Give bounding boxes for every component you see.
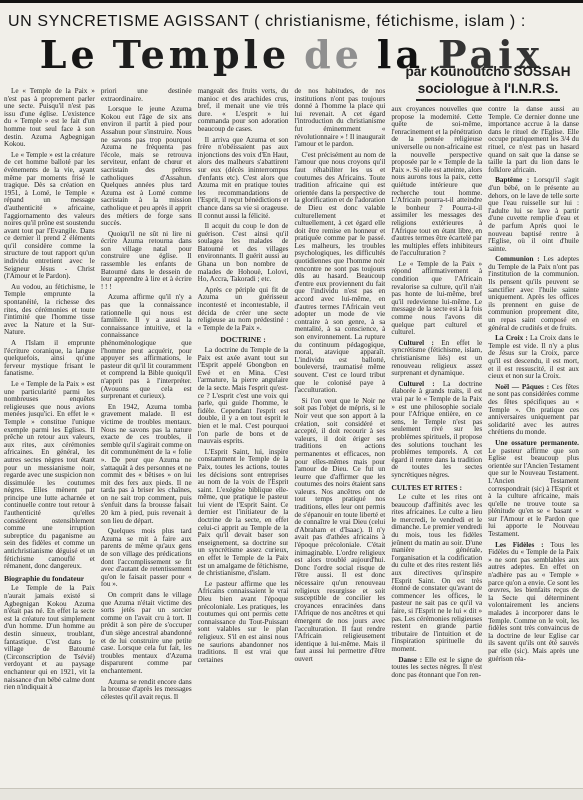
paragraph: aux croyances nouvelles que propose la m… (391, 106, 482, 258)
text-column-4: de nos habitudes, de nos institutions n'… (294, 88, 385, 787)
paragraph: Le « Temple de la Paix » n'est pas à pro… (4, 88, 95, 149)
paragraph: Il acquit du coup le don de guérison. C'… (198, 223, 289, 284)
paragraph-lead: Une ossature permanente. (495, 439, 579, 447)
paragraph: mangeait des fruits verts, du manioc et … (198, 88, 289, 134)
paragraph: L'Esprit Saint, lui, inspire constamment… (198, 449, 289, 578)
paragraph-lead: Danse : (398, 656, 424, 664)
byline-author: par Kounoutcho SOSSAH (399, 63, 577, 80)
paragraph-lead: La Croix : (495, 334, 530, 342)
paragraph: Azuma affirme qu'il n'y a pas que la con… (101, 294, 192, 400)
text-column-3: mangeait des fruits verts, du manioc et … (198, 88, 289, 787)
paragraph-lead: Culturel : (398, 339, 441, 347)
paragraph: Le pasteur affirme que les Africains con… (198, 581, 289, 665)
text-column-1: Le « Temple de la Paix » n'est pas à pro… (4, 88, 95, 787)
paragraph: C'est précisément au nom de l'amour que … (294, 152, 385, 395)
page-top-rule (0, 0, 583, 3)
paragraph: Quelques mois plus tard Azuma se mit à f… (101, 528, 192, 589)
page-bottom-edge (0, 788, 583, 800)
section-heading: CULTES ET RITES : (391, 484, 482, 492)
section-heading: Biographie du fondateur (4, 575, 95, 583)
paragraph: de nos habitudes, de nos institutions n'… (294, 88, 385, 149)
paragraph: Si l'on veut que le Noir ne soit pas l'o… (294, 398, 385, 664)
paragraph: La Croix : La Croix dans le Temple est v… (488, 335, 579, 381)
paragraph: Au vodou, au fétichisme, le Temple empru… (4, 284, 95, 337)
paragraph: Il arriva que Azuma et son frère n'obéis… (198, 137, 289, 221)
paragraph: Le « Temple de la Paix » est une particu… (4, 381, 95, 571)
paragraph: Culturel : En effet le syncrétisme (féti… (391, 340, 482, 378)
text-column-6: contre la danse aussi au Temple. Ce dern… (488, 88, 579, 787)
paragraph: contre la danse aussi au Temple. Ce dern… (488, 106, 579, 174)
paragraph: Une ossature permanente. Le pasteur affi… (488, 440, 579, 539)
paragraph: Communion : Les adeptes du Temple de la … (488, 256, 579, 332)
paragraph: Baptême : Lorsqu'il s'agit d'un bébé, on… (488, 177, 579, 253)
paragraph-lead: Communion : (495, 255, 543, 263)
paragraph-lead: Noël — Pâques : (495, 383, 552, 391)
title-word: Le (40, 32, 99, 77)
paragraph: La doctrine du Temple de la Paix est axé… (198, 347, 289, 446)
text-column-2: priori une destinée extraordinaire.Lorsq… (101, 88, 192, 787)
paragraph: Le culte et les rites ont beaucoup d'aff… (391, 494, 482, 653)
paragraph: Danse : Elle est le signe de toutes les … (391, 657, 482, 680)
paragraph: Les Fidèles : Tous les Fidèles du « Temp… (488, 542, 579, 664)
paragraph: Culturel : La doctrine élaborée à grands… (391, 381, 482, 480)
paragraph: Le « Temple » est la créature de cet hom… (4, 152, 95, 281)
title-word: Temple (113, 32, 290, 77)
paragraph: Quoiqu'il ne sût ni lire ni écrire Azuma… (101, 231, 192, 292)
paragraph: Azuma se rendit encore dans la brousse d… (101, 679, 192, 702)
paragraph-lead: Baptême : (495, 176, 534, 184)
article-kicker: UN SYNCRETISME AGISSANT ( christianisme,… (8, 13, 526, 31)
article-columns: Le « Temple de la Paix » n'est pas à pro… (4, 88, 579, 787)
paragraph-lead: Culturel : (398, 380, 443, 388)
paragraph: Après ce périple qui fit de Azuma un gué… (198, 287, 289, 333)
section-heading: DOCTRINE : (198, 336, 289, 344)
paragraph: Lorsque le jeune Azuma Kokou eut l'âge d… (101, 106, 192, 228)
paragraph: A l'Islam il emprunte l'écriture coraniq… (4, 340, 95, 378)
text-column-5: aux croyances nouvelles que propose la m… (391, 88, 482, 787)
paragraph: priori une destinée extraordinaire. (101, 88, 192, 103)
paragraph: On comprit dans le village que Azuma n'é… (101, 592, 192, 676)
paragraph-lead: Les Fidèles : (495, 541, 550, 549)
paragraph: Le « Temple de la Paix » répond affirmat… (391, 261, 482, 337)
paragraph: Noël — Pâques : Ces fêtes ne sont pas co… (488, 384, 579, 437)
title-word: de (304, 32, 363, 77)
paragraph: En 1942, Azuma tomba gravement malade. I… (101, 404, 192, 526)
scanned-article-page: UN SYNCRETISME AGISSANT ( christianisme,… (0, 0, 583, 800)
paragraph: Le Temple de la Paix n'aurait jamais exi… (4, 585, 95, 691)
